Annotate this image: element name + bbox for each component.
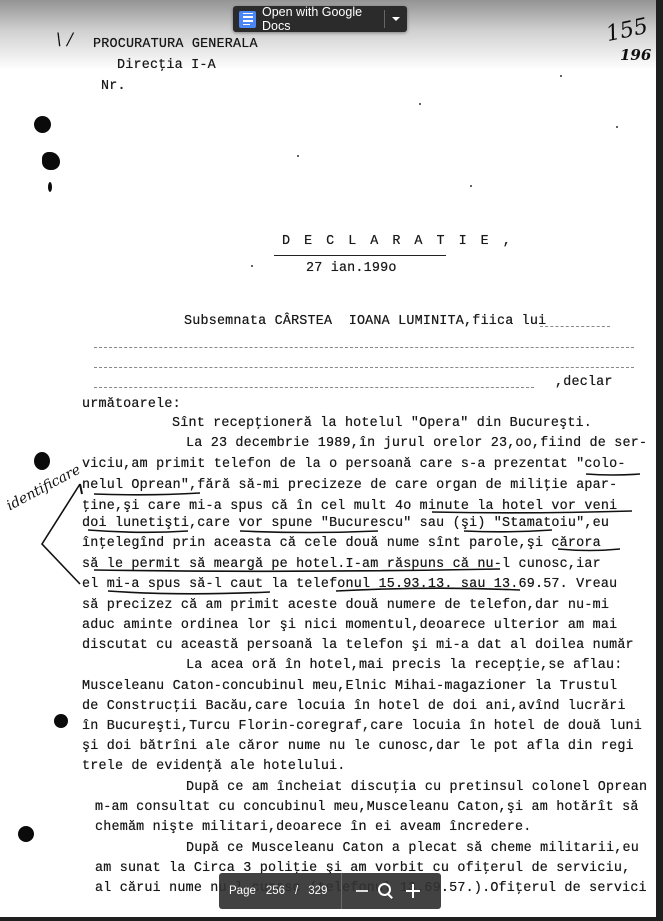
zoom-out-button[interactable] — [356, 890, 368, 892]
total-pages: 329 — [308, 885, 327, 897]
current-page-input[interactable]: 256 — [266, 885, 285, 897]
handwritten-underlines — [0, 0, 663, 921]
page-toolbar: Page 256 / 329 — [219, 873, 441, 909]
caret-down-icon — [392, 17, 400, 21]
page-separator: / — [295, 885, 298, 897]
open-with-dropdown-button[interactable] — [385, 17, 407, 21]
magnifier-icon[interactable] — [378, 883, 394, 899]
open-with-google-docs-button[interactable]: Open with Google Docs — [233, 6, 407, 32]
page-label: Page — [229, 885, 256, 897]
zoom-in-button[interactable] — [406, 884, 420, 898]
viewer-bottom-edge — [0, 917, 663, 921]
toolbar-divider — [341, 873, 342, 909]
google-docs-icon — [239, 11, 256, 28]
open-with-label: Open with Google Docs — [262, 5, 384, 33]
document-page: \ / 155 196 identificare PROCURATURA GEN… — [0, 0, 656, 921]
viewer-scroll-edge[interactable] — [656, 0, 663, 921]
